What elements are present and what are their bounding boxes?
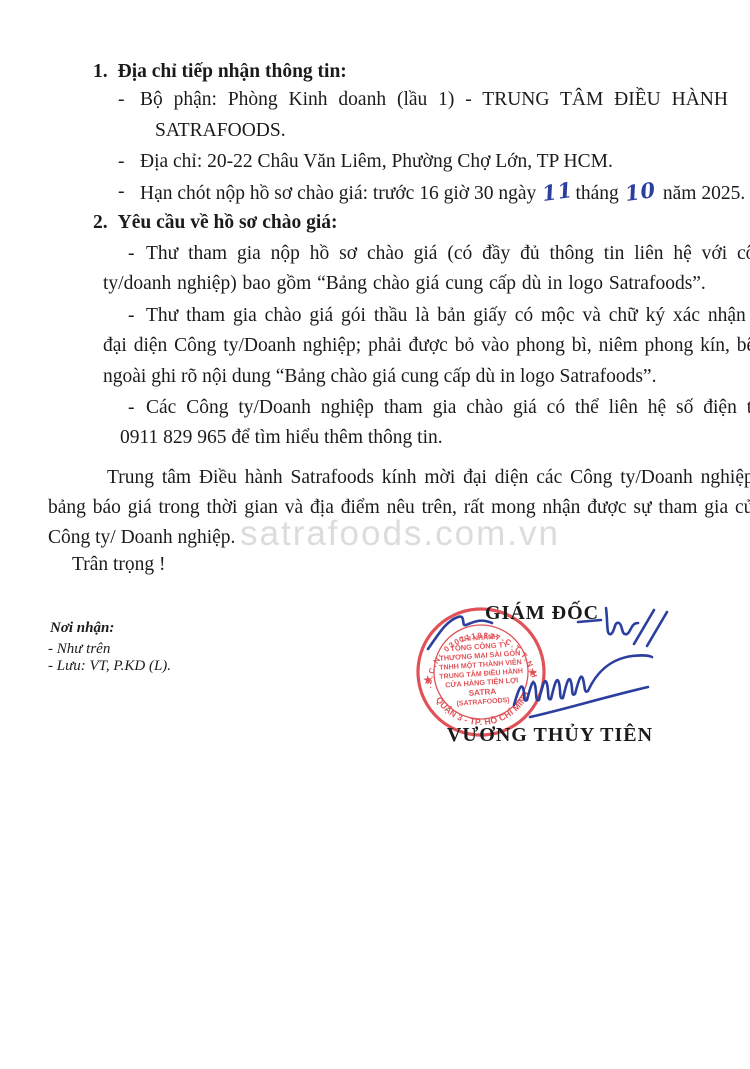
bullet3-line: Hạn chót nộp hồ sơ chào giá: trước 16 gi… [140, 180, 745, 205]
section1-number: 1. [93, 60, 108, 83]
s2-p1-line2: ty/doanh nghiệp) bao gồm “Bảng chào giá … [103, 272, 706, 295]
watermark: satrafoods.com.vn [240, 514, 560, 554]
s2-p2-line3: ngoài ghi rõ nội dung “Bảng chào giá cun… [103, 365, 656, 388]
bullet-dash: - [118, 150, 125, 173]
s2-p2-line2: đại diện Công ty/Doanh nghiệp; phải được… [103, 334, 750, 357]
deadline-middle: tháng [575, 183, 618, 204]
document-page: 1.Địa chỉ tiếp nhận thông tin: - Bộ phận… [0, 0, 750, 1069]
bullet1-line2: SATRAFOODS. [155, 119, 286, 142]
s2-p1-line1: Thư tham gia nộp hồ sơ chào giá (có đầy … [146, 242, 750, 265]
title-mark-stroke [606, 608, 638, 634]
bullet-dash: - [128, 396, 135, 419]
section1-heading: 1.Địa chỉ tiếp nhận thông tin: [93, 60, 347, 83]
s2-p3-line1: Các Công ty/Doanh nghiệp tham gia chào g… [146, 396, 750, 419]
bullet-dash: - [128, 242, 135, 265]
s2-p3-line2: 0911 829 965 để tìm hiểu thêm thông tin. [120, 426, 443, 449]
closing-salute: Trân trọng ! [72, 553, 166, 576]
recipients-item: - Lưu: VT, P.KD (L). [48, 658, 171, 676]
deadline-text: Hạn chót nộp hồ sơ chào giá: trước 16 gi… [140, 183, 536, 204]
recipients-heading: Nơi nhận: [50, 620, 114, 638]
recipients-item: - Như trên [48, 641, 110, 659]
s2-p2-line1: Thư tham gia chào giá gói thầu là bản gi… [146, 304, 750, 327]
paraph-stroke [428, 617, 492, 649]
handwritten-day: 11 [541, 178, 575, 207]
handwritten-month: 10 [623, 178, 657, 207]
section2-heading: 2.Yêu cầu về hồ sơ chào giá: [93, 211, 338, 234]
bullet1-line1: Bộ phận: Phòng Kinh doanh (lầu 1) - TRUN… [140, 88, 728, 111]
deadline-suffix: năm 2025. [663, 183, 745, 204]
bullet-dash: - [128, 304, 135, 327]
section2-number: 2. [93, 211, 108, 234]
section2-title: Yêu cầu về hồ sơ chào giá: [118, 212, 338, 233]
signature-stroke [514, 655, 652, 705]
closing-line3: Công ty/ Doanh nghiệp. [48, 526, 235, 549]
title-dash-stroke [578, 620, 601, 622]
closing-line1: Trung tâm Điều hành Satrafoods kính mời … [107, 466, 750, 489]
section1-title: Địa chỉ tiếp nhận thông tin: [118, 61, 347, 82]
bullet-dash: - [118, 180, 125, 203]
bullet-dash: - [118, 88, 125, 111]
signature-svg [400, 595, 710, 770]
handwritten-ink [400, 595, 710, 770]
bullet2-line: Địa chỉ: 20-22 Châu Văn Liêm, Phường Chợ… [140, 150, 613, 173]
